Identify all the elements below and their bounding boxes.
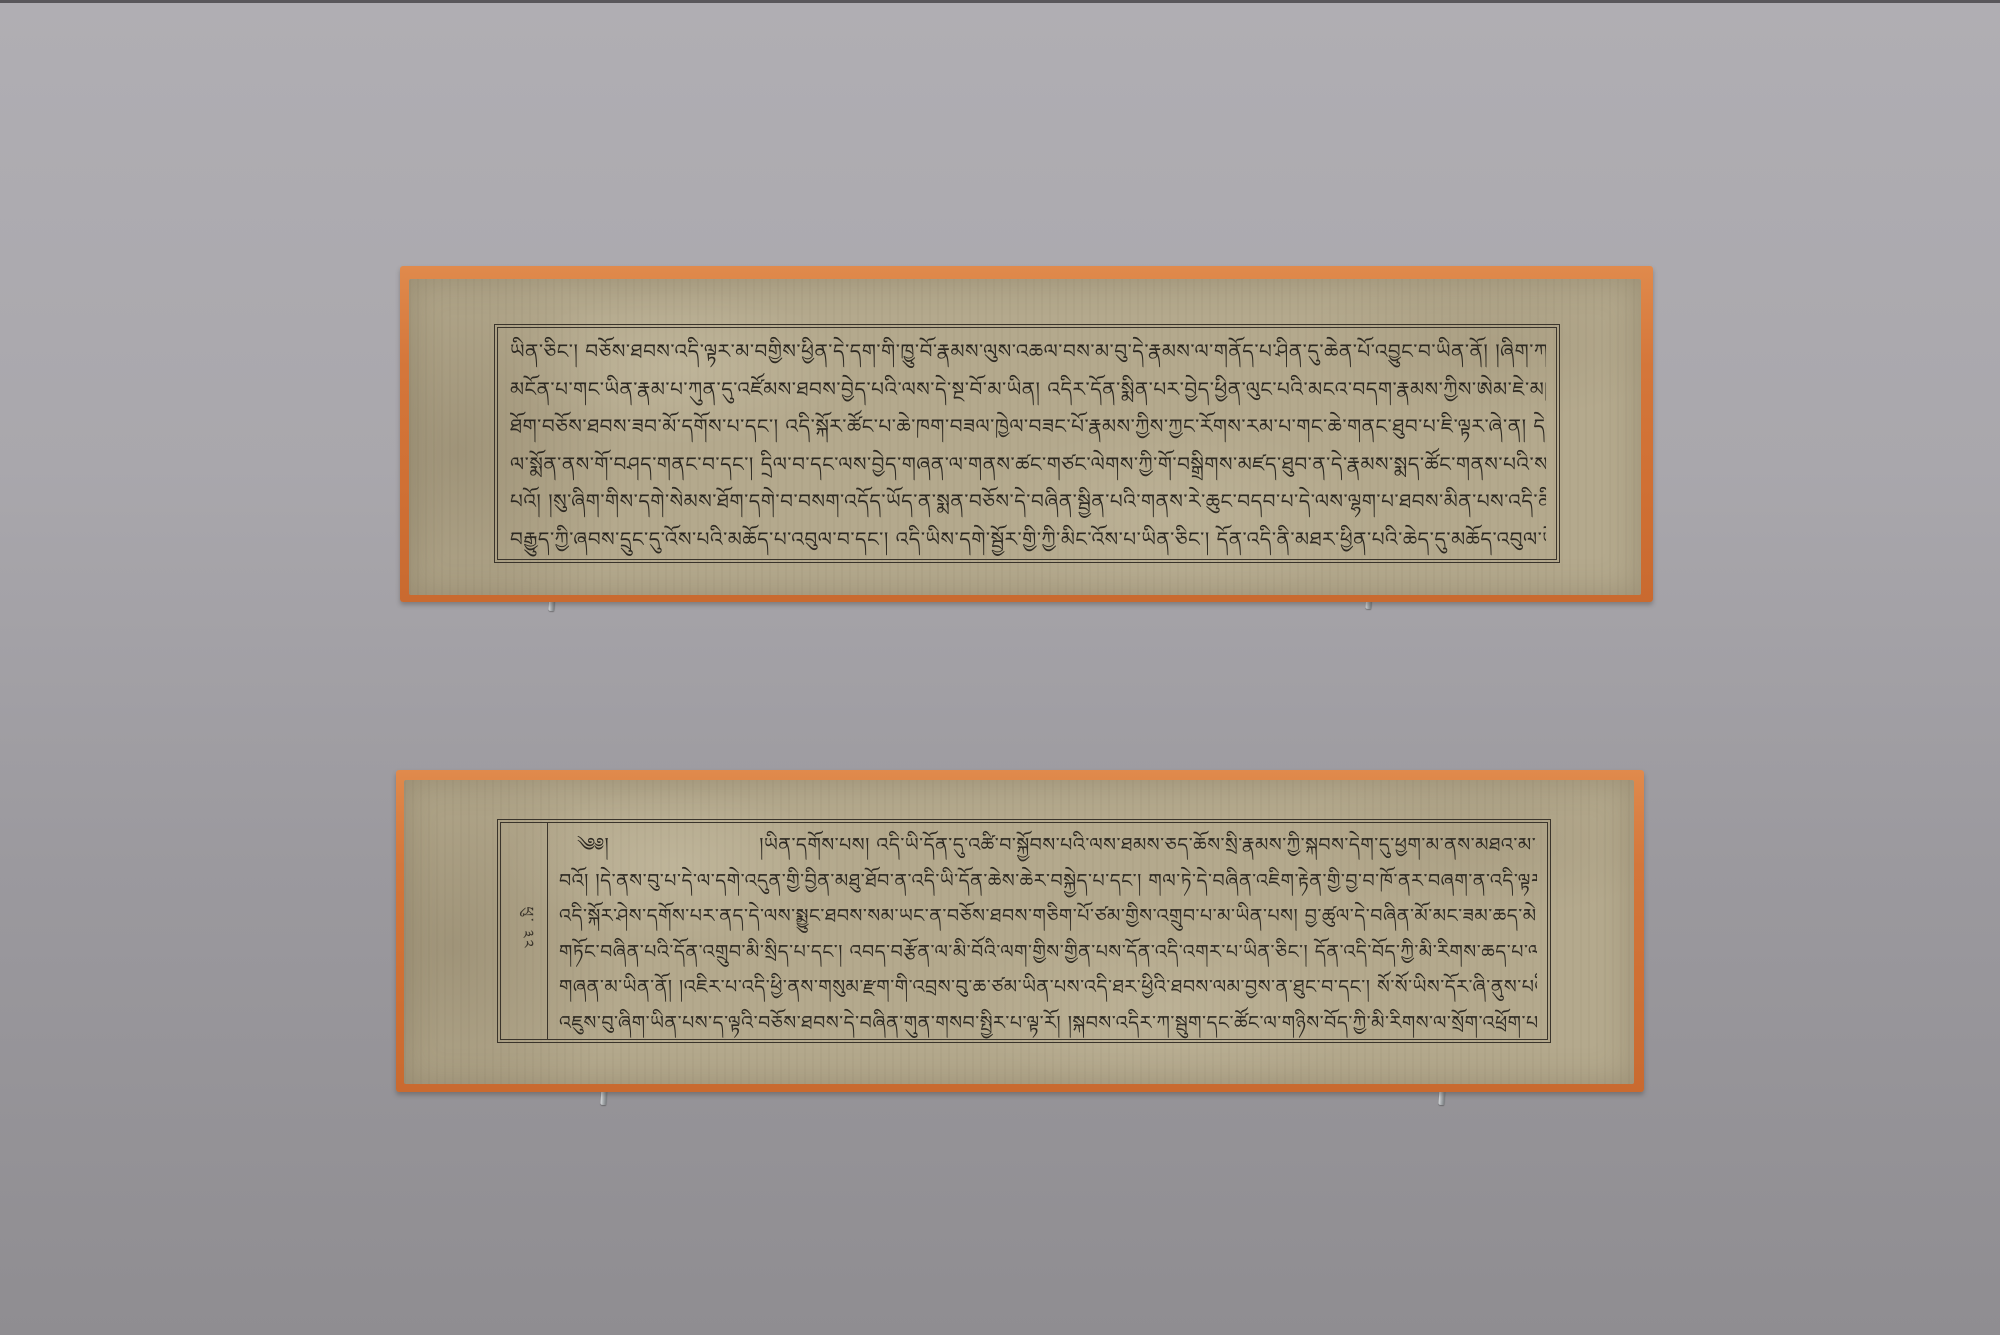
folio-margin-label: ཕུ་ ༣༢: [502, 878, 544, 978]
text-line: གཏོང་བཞིན་པའི་དོན་འགྲུབ་མི་སྲིད་པ་དང་། འ…: [559, 935, 1537, 971]
text-line: མངོན་པ་གང་ཡིན་རྣམ་པ་ཀུན་དུ་འཛོམས་ཐབས་བྱེ…: [510, 371, 1546, 409]
manuscript-folio-bottom: ཕུ་ ༣༢ ༄༅།།ཡིན་དགོས་པས། འདི་ཡི་དོན་དུ་འཚ…: [396, 770, 1644, 1092]
photo-of-tibetan-manuscript: { "scene": { "description": "Two oblong …: [0, 0, 2000, 1335]
manuscript-folio-top: ཡིན་ཅིང་། བཅོས་ཐབས་འདི་ལྟར་མ་བགྱིས་ཕྱིན་…: [400, 266, 1653, 602]
text-line: ཐོག་བཅོས་ཐབས་ཟབ་མོ་དགོས་པ་དང་། འདི་སྐོར་…: [510, 408, 1546, 446]
text-line-with-head-mark: ༄༅།།ཡིན་དགོས་པས། འདི་ཡི་དོན་དུ་འཚི་བ་སྐྱ…: [559, 828, 1537, 864]
text-line: བའོ། །དེ་ནས་བུ་པ་དེ་ལ་དགེ་འདུན་གྱི་བྱིན་…: [559, 864, 1537, 900]
text-block-top: ཡིན་ཅིང་། བཅོས་ཐབས་འདི་ལྟར་མ་བགྱིས་ཕྱིན་…: [498, 328, 1556, 559]
paper-surface-top: ཡིན་ཅིང་། བཅོས་ཐབས་འདི་ལྟར་མ་བགྱིས་ཕྱིན་…: [409, 279, 1641, 595]
text-line: པའོ། །སུ་ཞིག་གིས་དགེ་སེམས་ཐོག་དགེ་བ་བསག་…: [510, 483, 1546, 521]
text-line: འདི་སྐོར་ཤེས་དགོས་པར་ནད་དེ་ལས་སྨྱུང་ཐབས་…: [559, 899, 1537, 935]
photo-top-edge: [0, 0, 2000, 3]
text-block-bottom: ༄༅།།ཡིན་དགོས་པས། འདི་ཡི་དོན་དུ་འཚི་བ་སྐྱ…: [547, 823, 1547, 1039]
yig-mgo-head-mark: ༄༅།: [577, 828, 609, 864]
text-line: འཇུས་བུ་ཞིག་ཡིན་པས་ད་ལྟའི་བཅོས་ཐབས་དེ་བཞ…: [559, 1006, 1537, 1042]
text-line: ཡིན་ཅིང་། བཅོས་ཐབས་འདི་ལྟར་མ་བགྱིས་ཕྱིན་…: [510, 333, 1546, 371]
text-line: །ཡིན་དགོས་པས། འདི་ཡི་དོན་དུ་འཚི་བ་སྐྱོབས…: [759, 834, 1537, 856]
text-line: ལ་སྨོན་ནས་གོ་བཤད་གནང་བ་དང་། དྲིལ་བ་དང་ལས…: [510, 446, 1546, 484]
paper-surface-bottom: ཕུ་ ༣༢ ༄༅།།ཡིན་དགོས་པས། འདི་ཡི་དོན་དུ་འཚ…: [404, 780, 1634, 1084]
text-line: གཞན་མ་ཡིན་ནོ། །འཇིར་པ་འདི་ཕྱི་ནས་གསུམ་རྫ…: [559, 970, 1537, 1006]
margin-column: ཕུ་ ༣༢: [501, 823, 548, 1039]
text-frame-bottom: ཕུ་ ༣༢ ༄༅།།ཡིན་དགོས་པས། འདི་ཡི་དོན་དུ་འཚ…: [500, 822, 1548, 1040]
text-line: བརྒྱུད་ཀྱི་ཞབས་དྲུང་དུ་འོས་པའི་མཆོད་པ་འབ…: [510, 521, 1546, 559]
text-frame-top: ཡིན་ཅིང་། བཅོས་ཐབས་འདི་ལྟར་མ་བགྱིས་ཕྱིན་…: [497, 327, 1557, 560]
